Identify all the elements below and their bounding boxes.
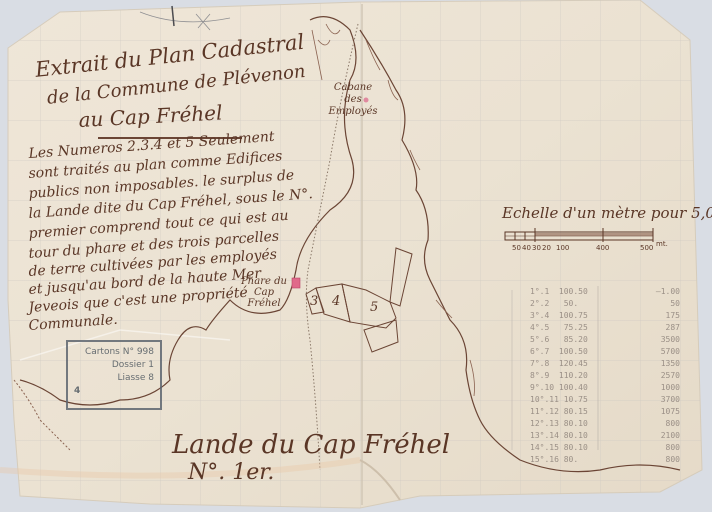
- table-row: 6°.7 100.505700: [530, 346, 680, 358]
- scale-title-text: Echelle d'un mètre pour 5,000.: [502, 204, 712, 222]
- archive-stamp: Cartons N° 998 Dossier 1 Liasse 8 4: [66, 340, 162, 410]
- stamp-line: Liasse 8: [74, 372, 154, 385]
- table-row: 8°.9 110.202570: [530, 370, 680, 382]
- scale-tick: 40: [522, 244, 531, 252]
- table-row: 1°.1 100.50—1.00: [530, 286, 680, 298]
- scale-tick: 500: [640, 244, 653, 252]
- table-row: 2°.2 50. 50: [530, 298, 680, 310]
- scale-tick: 100: [556, 244, 569, 252]
- table-row: 15°.16 80. 800: [530, 454, 680, 466]
- lande-number: N°. 1er.: [188, 460, 274, 485]
- table-row: 11°.12 80.151075: [530, 406, 680, 418]
- table-row: 12°.13 80.10800: [530, 418, 680, 430]
- scale-tick: 30: [532, 244, 541, 252]
- stamp-line: Cartons N° 998: [74, 346, 154, 359]
- table-row: 3°.4 100.75175: [530, 310, 680, 322]
- table-row: 13°.14 80.102100: [530, 430, 680, 442]
- scale-tick: 400: [596, 244, 609, 252]
- pencil-calculation-table: 1°.1 100.50—1.00 2°.2 50. 50 3°.4 100.75…: [530, 286, 680, 466]
- parcel-5: 5: [370, 300, 378, 315]
- cabane-label: Cabane des Employés: [328, 82, 378, 118]
- table-row: 5°.6 85.203500: [530, 334, 680, 346]
- scale-tick: 50: [512, 244, 521, 252]
- table-row: 7°.8 120.451350: [530, 358, 680, 370]
- stamp-line: 4: [74, 385, 154, 398]
- lighthouse-label: Phare du Cap Fréhel: [236, 276, 292, 309]
- scale-unit: mt.: [656, 240, 668, 248]
- parcel-3: 3: [310, 294, 318, 309]
- table-row: 4°.5 75.25287: [530, 322, 680, 334]
- stamp-line: Dossier 1: [74, 359, 154, 372]
- table-row: 14°.15 80.10800: [530, 442, 680, 454]
- parcel-4: 4: [332, 294, 340, 309]
- table-row: 9°.10 100.401000: [530, 382, 680, 394]
- scale-tick: 20: [542, 244, 551, 252]
- scale-title: Echelle d'un mètre pour 5,000.mt: [502, 204, 712, 222]
- table-row: 10°.11 10.753700: [530, 394, 680, 406]
- lande-label: Lande du Cap Fréhel: [172, 430, 450, 460]
